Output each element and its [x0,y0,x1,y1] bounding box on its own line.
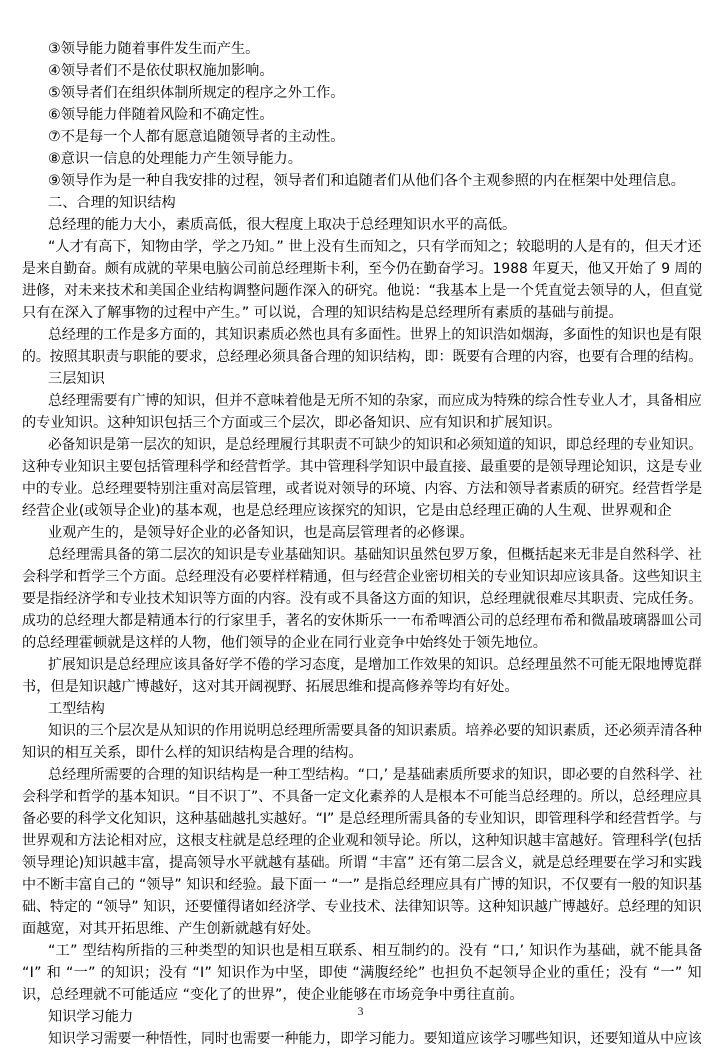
text-line: 备必要的科学文化知识，这种基础越扎实越好。“I” 是总经理所需具备的专业知识，即… [22,808,702,830]
text-line: ⑤领导者们在组织体制所规定的程序之外工作。 [22,82,702,104]
text-line: 的专业知识。这种知识包括三个方面或三个层次，即必备知识、应有知识和扩展知识。 [22,412,702,434]
text-line: ⑧意识一信息的处理能力产生领导能力。 [22,148,702,170]
text-line: 总经理需具备的第二层次的知识是专业基础知识。基础知识虽然包罗万象，但概括起来无非… [22,544,702,566]
text-line: 会科学和哲学的基本知识。“目不识丁”、不具备一定文化素养的人是根本不可能当总经理… [22,786,702,808]
text-line: 经营企业(或领导企业)的基本观，也是总经理应该探究的知识，它是由总经理正确的人生… [22,500,702,522]
text-line: 会科学和哲学三个方面。总经理没有必要样样精通，但与经营企业密切相关的专业知识却应… [22,566,702,588]
text-line: 总经理所需要的合理的知识结构是一种工型结构。“口,’ 是基础素质所要求的知识，即… [22,764,702,786]
text-line: 只有在深入了解事物的过程中产生。” 可以说，合理的知识结构是总经理所有素质的基础… [22,302,702,324]
text-line: 三层知识 [22,368,702,390]
text-line: 知识的相互关系，即什么样的知识结构是合理的结构。 [22,742,702,764]
text-line: 要是指经济学和专业技术知识等方面的内容。没有或不具备这方面的知识，总经理就很难尽… [22,588,702,610]
text-line: 总经理的工作是多方面的，其知识素质必然也具有多面性。世界上的知识浩如烟海，多面性… [22,324,702,346]
text-line: 础、特定的 “领导” 知识，还要懂得诸如经济学、专业技术、法律知识等。这种知识越… [22,896,702,918]
text-line: 的。按照其职责与职能的要求，总经理必须具备合理的知识结构，即：既要有合理的内容，… [22,346,702,368]
page-number: 3 [0,1004,721,1019]
text-line: “人才有高下，知物由学，学之乃知。” 世上没有生而知之，只有学而知之；较聪明的人… [22,236,702,258]
document-page: ③领导能力随着事件发生而产生。④领导者们不是依仗职权施加影响。⑤领导者们在组织体… [0,0,721,1050]
text-line: 知识学习需要一种悟性，同时也需要一种能力，即学习能力。要知道应该学习哪些知识，还… [22,1028,702,1050]
text-line: 中的专业。总经理要特别注重对高层管理，或者说对领导的环境、内容、方法和领导者素质… [22,478,702,500]
text-line: 领导理论)知识越丰富，提高领导水平就越有基础。所谓 “丰富” 还有第二层含义，就… [22,852,702,874]
text-line: “工” 型结构所指的三种类型的知识也是相互联系、相互制约的。没有 “口,’ 知识… [22,940,702,962]
text-line: 扩展知识是总经理应该具备好学不倦的学习态度，是增加工作效果的知识。总经理虽然不可… [22,654,702,676]
text-line: 工型结构 [22,698,702,720]
text-line: ⑦不是每一个人都有愿意追随领导者的主动性。 [22,126,702,148]
text-line: 知识的三个层次是从知识的作用说明总经理所需要具备的知识素质。培养必要的知识素质，… [22,720,702,742]
text-line: 世界观和方法论相对应，这根支柱就是总经理的企业观和领导论。所以，这种知识越丰富越… [22,830,702,852]
text-line: 中不断丰富自己的 “领导” 知识和经验。最下面一 “一” 是指总经理应具有广博的… [22,874,702,896]
text-line: 的总经理霍顿就是这样的人物，他们领导的企业在同行业竞争中始终处于领先地位。 [22,632,702,654]
text-line: 成功的总经理大都是精通本行的行家里手，著名的安休斯乐一一布希啤酒公司的总经理布希… [22,610,702,632]
text-line: 二、合理的知识结构 [22,192,702,214]
text-line: 识，总经理就不可能适应 “变化了的世界”，使企业能够在市场竞争中勇往直前。 [22,984,702,1006]
text-line: 书，但是知识越广博越好，这对其开阔视野、拓展思维和提高修养等均有好处。 [22,676,702,698]
text-line: 面越宽，对其开拓思维、产生创新就越有好处。 [22,918,702,940]
text-line: 总经理需要有广博的知识，但并不意味着他是无所不知的杂家，而应成为特殊的综合性专业… [22,390,702,412]
text-line: 必备知识是第一层次的知识，是总经理履行其职责不可缺少的知识和必须知道的知识，即总… [22,434,702,456]
text-line: ⑥领导能力伴随着风险和不确定性。 [22,104,702,126]
document-body: ③领导能力随着事件发生而产生。④领导者们不是依仗职权施加影响。⑤领导者们在组织体… [22,38,702,1050]
text-line: 进修，对未来技术和美国企业结构调整问题作深入的研究。他说：“我基本上是一个凭直觉… [22,280,702,302]
text-line: ⑨领导作为是一种自我安排的过程，领导者们和追随者们从他们各个主观参照的内在框架中… [22,170,702,192]
text-line: 总经理的能力大小，素质高低，很大程度上取决于总经理知识水平的高低。 [22,214,702,236]
text-line: ④领导者们不是依仗职权施加影响。 [22,60,702,82]
text-line: 这种专业知识主要包括管理科学和经营哲学。其中管理科学知识中最直接、最重要的是领导… [22,456,702,478]
text-line: 是来自勤奋。颇有成就的苹果电脑公司前总经理斯卡利，至今仍在勤奋学习。1988 年… [22,258,702,280]
text-line: “I” 和 “一” 的知识；没有 “I” 知识作为中坚，即使 “满腹经纶” 也担… [22,962,702,984]
text-line: ③领导能力随着事件发生而产生。 [22,38,702,60]
text-line: 业观产生的，是领导好企业的必备知识，也是高层管理者的必修课。 [22,522,702,544]
